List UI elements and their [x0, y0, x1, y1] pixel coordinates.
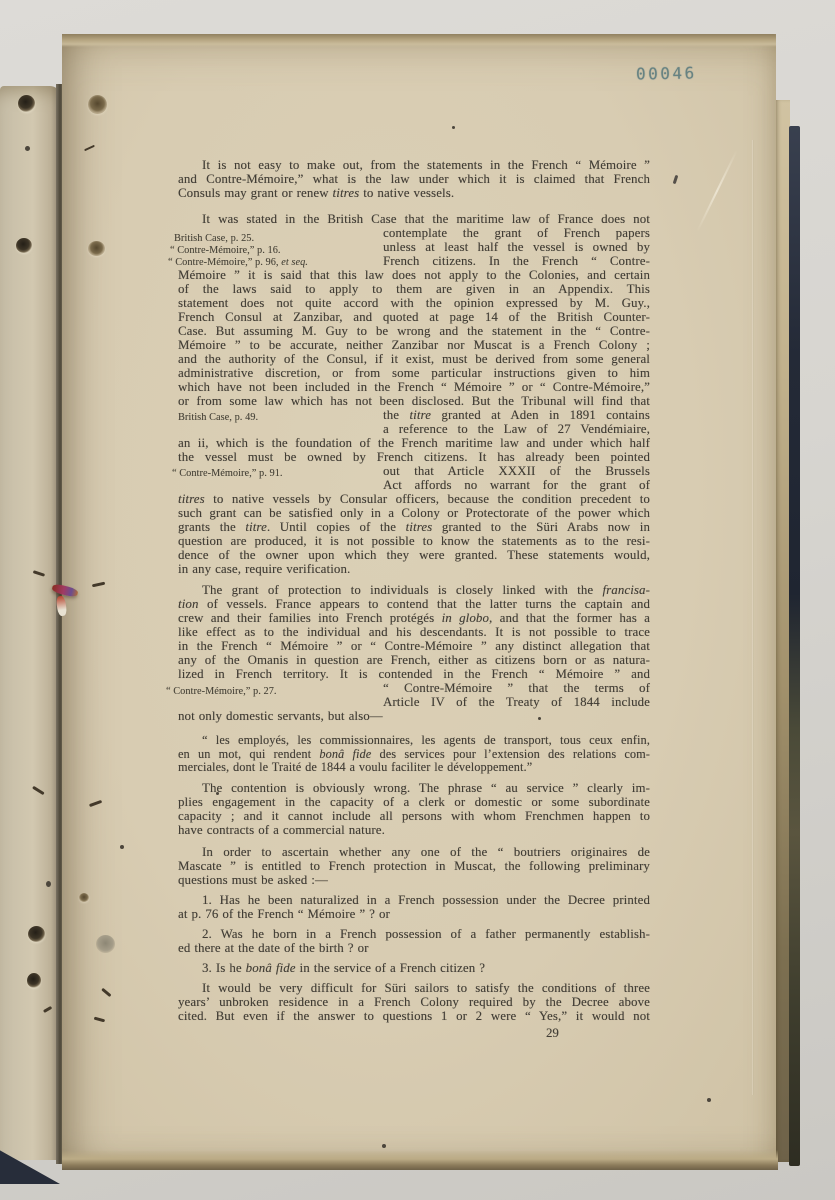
text-line: Mémoire ” to be accurate, neither Zanzib… [178, 338, 650, 352]
text-line: “ Contre-Mémoire ” that the terms of [383, 681, 650, 695]
text-line: “ les employés, les commissionnaires, le… [202, 733, 650, 747]
text-line: 2. Was he born in a French possession of… [202, 927, 650, 941]
text-line: and the authority of the Consul, if it e… [178, 352, 650, 366]
text-line: in any case, require verification. [178, 562, 350, 576]
margin-note: British Case, p. 49. [178, 412, 258, 423]
text-line: any of the Omanis in question are French… [178, 653, 650, 667]
text-line: tion of vessels. France appears to conte… [178, 597, 650, 611]
text-line: of the laws said to apply to them are gi… [178, 282, 650, 296]
text-line: which have not been included in the Fren… [178, 380, 650, 394]
text-line: It would be very difficult for Süri sail… [202, 981, 650, 995]
text-line: the vessel must be owned by French citiz… [178, 450, 650, 464]
text-line: like effect as to the individual and his… [178, 625, 650, 639]
facing-page-edge [0, 86, 60, 1160]
text-line: capacity ; and it cannot include all per… [178, 809, 650, 823]
margin-note: “ Contre-Mémoire,” p. 16. [170, 245, 281, 256]
text-line: merciales, dont le Traité de 1844 a voul… [178, 760, 532, 774]
text-line: or from some law which has not been disc… [178, 394, 650, 408]
text-line: The contention is obviously wrong. The p… [202, 781, 650, 795]
margin-note: “ Contre-Mémoire,” p. 91. [172, 468, 283, 479]
text-line: Mémoire ” it is said that this law does … [178, 268, 650, 282]
text-line: in the French “ Mémoire ” or “ Contre-Mé… [178, 639, 650, 653]
margin-note: British Case, p. 25. [174, 233, 254, 244]
book-cover-edge [789, 126, 800, 1166]
text-line: the titre granted at Aden in 1891 contai… [383, 408, 650, 422]
margin-note: “ Contre-Mémoire,” p. 96, et seq. [168, 257, 308, 268]
text-line: administrative discretion, or from some … [178, 366, 650, 380]
text-line: It was stated in the British Case that t… [202, 212, 650, 226]
text-line: It is not easy to make out, from the sta… [202, 158, 650, 172]
text-line: questions must be asked :— [178, 873, 328, 887]
text-line: In order to ascertain whether any one of… [202, 845, 650, 859]
text-line: out that Article XXXII of the Brussels [383, 464, 650, 478]
text-line: French citizens. In the French “ Contre- [383, 254, 650, 268]
text-line: grants the titre. Until copies of the ti… [178, 520, 650, 534]
page-top-deckle-edge [62, 34, 776, 47]
page-bottom-edge [62, 1150, 778, 1170]
text-line: Article IV of the Treaty of 1844 include [383, 695, 650, 709]
text-line: Mascate ” is entitled to French protecti… [178, 859, 650, 873]
text-line: 1. Has he been naturalized in a French p… [202, 893, 650, 907]
scanned-book-page: 00046 29 It is not easy to make out, fro… [0, 0, 835, 1200]
text-line: French Consul at Zanzibar, and quoted at… [178, 310, 650, 324]
text-line: a reference to the Law of 27 Vendémiaire… [383, 422, 650, 436]
text-line: The grant of protection to individuals i… [202, 583, 650, 597]
text-line: cited. But even if the answer to questio… [178, 1009, 650, 1023]
text-line: Act affords no warrant for the grant of [383, 478, 650, 492]
text-line: ed there at the date of the birth ? or [178, 941, 369, 955]
page-number: 29 [546, 1026, 559, 1041]
text-line: have contracts of a commercial nature. [178, 823, 385, 837]
text-line: at p. 76 of the French “ Mémoire ” ? or [178, 907, 390, 921]
text-line: plies engagement in the capacity of a cl… [178, 795, 650, 809]
text-line: years’ unbroken residence in a French Co… [178, 995, 650, 1009]
text-line: not only domestic servants, but also— [178, 709, 383, 723]
text-line: unless at least half the vessel is owned… [383, 240, 650, 254]
page-stack-edge [776, 100, 790, 1162]
text-line: such grant can be satisfied only in a Co… [178, 506, 650, 520]
text-line: and Contre-Mémoire,” what is the law und… [178, 172, 650, 186]
margin-note: “ Contre-Mémoire,” p. 27. [166, 686, 277, 697]
text-line: dence of the owner upon which they were … [178, 548, 650, 562]
text-line: an ii, which is the foundation of the Fr… [178, 436, 650, 450]
text-line: lized in French territory. It is contend… [178, 667, 650, 681]
text-line: titres to native vessels by Consular off… [178, 492, 650, 506]
text-line: Consuls may grant or renew titres to nat… [178, 186, 454, 200]
text-line: en un mot, qui rendent bonâ fide des ser… [178, 747, 650, 761]
text-line: Case. But assuming M. Guy to be wrong an… [178, 324, 650, 338]
text-line: 3. Is he bonâ fide in the service of a F… [202, 961, 485, 975]
text-line: contemplate the grant of French papers [383, 226, 650, 240]
text-line: statement does not quite accord with the… [178, 296, 650, 310]
folio-stamp: 00046 [636, 63, 697, 83]
text-line: question are produced, it is not possibl… [178, 534, 650, 548]
text-line: crew and their families into French prot… [178, 611, 650, 625]
